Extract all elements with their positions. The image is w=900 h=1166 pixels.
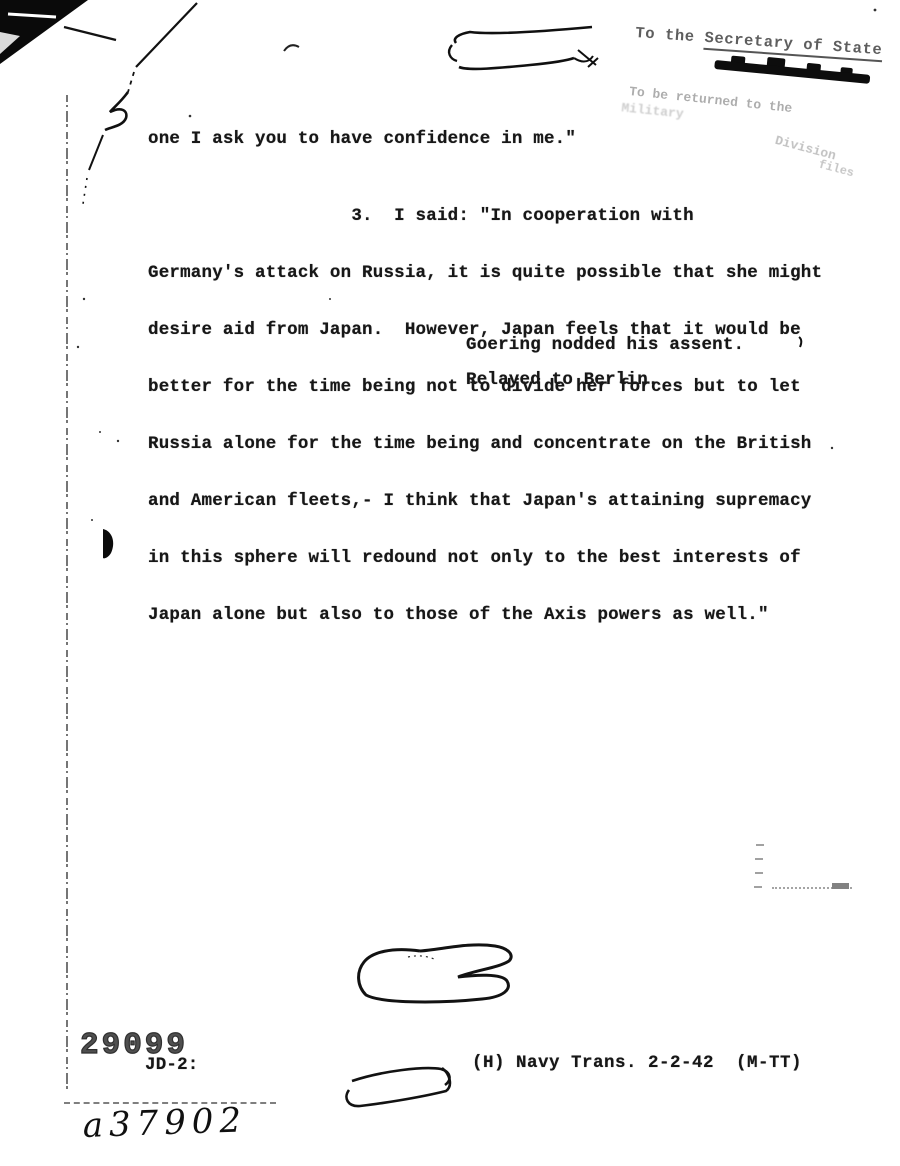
jd-code: JD-2: [145,1056,199,1075]
ink-blot [103,529,113,558]
stamp-tick [755,872,763,874]
paragraph-line: Japan alone but also to those of the Axi… [148,606,822,625]
stamp-dark-dash [832,883,849,889]
corner-white-wedge [0,32,20,54]
strikethrough-bar [714,60,870,84]
translation-credit-line: (H) Navy Trans. 2-2-42 (M-TT) [472,1054,802,1073]
paragraph-line: 3. I said: "In cooperation with [148,207,822,226]
secretary-stamp-prefix: To the [635,24,705,47]
diagonal-scratch-mid [128,72,134,92]
assent-line: Goering nodded his assent. [466,336,744,355]
scribble-outline-small [346,1068,449,1106]
paragraph-line: Germany's attack on Russia, it is quite … [148,264,822,283]
scribble-outline-bottom [359,945,512,1002]
faint-side-stamp [752,842,862,898]
paragraph-line: and American fleets,- I think that Japan… [148,492,822,511]
return-stamp-fragment: files [817,158,855,181]
corner-scan-artifact [0,0,88,64]
diagonal-scratch-dots [83,178,87,204]
stamp-tick [756,844,764,846]
relayed-line: Relayed to Berlin. [466,371,659,390]
stamp-tick [755,858,763,860]
diagonal-scratch-lower [89,135,103,170]
corner-pen-streak [64,27,116,40]
paragraph-line: Russia alone for the time being and conc… [148,435,822,454]
return-stamp: To be returned to the Military Division … [628,84,792,116]
corner-white-line [8,14,56,17]
paragraph-line: in this sphere will redound not only to … [148,549,822,568]
small-squiggle-mark [284,45,299,51]
scanned-document-page: To the Secretary of State To be returned… [0,0,900,1166]
body-intro-line: one I ask you to have confidence in me." [148,130,576,149]
handwritten-archive-id: a37902 [82,1100,248,1146]
diagonal-scratch-upper [136,3,197,67]
body-paragraph: 3. I said: "In cooperation with Germany'… [148,169,822,663]
pen-hook-mark [105,92,128,130]
scribble-outline-top [449,27,598,69]
stamp-tick [754,886,762,888]
